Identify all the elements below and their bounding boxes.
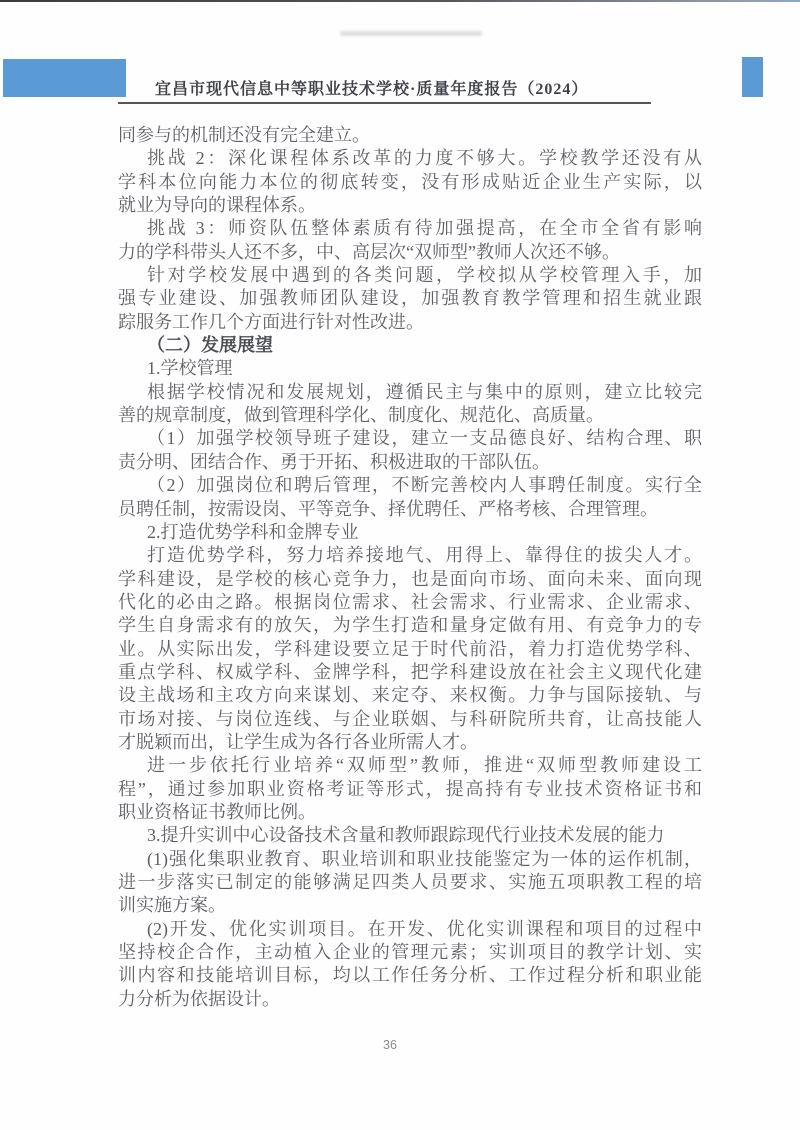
body-text-line: 进一步落实已制定的能够满足四类人员要求、实施五项职教工程的培 <box>118 871 702 894</box>
body-text-line: 重点学科、权威学科、金牌学科，把学科建设放在社会主义现代化建 <box>118 661 702 684</box>
body-text-line: （2）加强岗位和聘后管理，不断完善校内人事聘任制度。实行全 <box>118 474 702 497</box>
body-text-line: 根据学校情况和发展规划，遵循民主与集中的原则，建立比较完 <box>118 381 702 404</box>
body-text-line: 代化的必由之路。根据岗位需求、社会需求、行业需求、企业需求、 <box>118 591 702 614</box>
body-text-line: 学科本位向能力本位的彻底转变，没有形成贴近企业生产实际，以 <box>118 171 702 194</box>
body-text-line: 学科建设，是学校的核心竞争力，也是面向市场、面向未来、面向现 <box>118 568 702 591</box>
body-text-line: （1）加强学校领导班子建设，建立一支品德良好、结构合理、职 <box>118 427 702 450</box>
body-text-line: 才脱颖而出，让学生成为各行各业所需人才。 <box>118 731 702 754</box>
header-title: 宜昌市现代信息中等职业技术学校·质量年度报告（2024） <box>155 76 588 99</box>
body-text-line: (1)强化集职业教育、职业培训和职业技能鉴定为一体的运作机制， <box>118 848 702 871</box>
body-text: 同参与的机制还没有完全建立。挑战 2：深化课程体系改革的力度不够大。学校教学还没… <box>118 124 702 1011</box>
body-text-line: 2.打造优势学科和金牌专业 <box>118 521 702 544</box>
body-text-line: 进一步依托行业培养“双师型”教师，推进“双师型教师建设工 <box>118 754 702 777</box>
body-text-line: 训内容和技能培训目标，均以工作任务分析、工作过程分析和职业能 <box>118 964 702 987</box>
body-text-line: 3.提升实训中心设备技术含量和教师跟踪现代行业技术发展的能力 <box>118 824 702 847</box>
body-text-line: 训实施方案。 <box>118 894 702 917</box>
body-text-line: 挑战 2：深化课程体系改革的力度不够大。学校教学还没有从 <box>118 147 702 170</box>
body-text-line: 强专业建设、加强教师团队建设，加强教育教学管理和招生就业跟 <box>118 287 702 310</box>
body-text-line: 程”，通过参加职业资格考证等形式，提高持有专业技术资格证书和 <box>118 778 702 801</box>
body-text-line: 设主战场和主攻方向来谋划、来定夺、来权衡。力争与国际接轨、与 <box>118 684 702 707</box>
body-text-line: （二）发展展望 <box>118 334 702 357</box>
body-text-line: 力的学科带头人还不多，中、高层次“双师型”教师人次还不够。 <box>118 241 702 264</box>
body-text-line: 业。从实际出发，学科建设要立足于时代前沿，着力打造优势学科、 <box>118 638 702 661</box>
body-text-line: 市场对接、与岗位连线、与企业联姻、与科研院所共育，让高技能人 <box>118 708 702 731</box>
header-accent-bar-left <box>3 59 126 97</box>
header-underline <box>118 102 651 104</box>
header-accent-bar-right <box>742 57 763 97</box>
scan-smudge-artifact <box>340 31 482 36</box>
body-text-line: 坚持校企合作，主动植入企业的管理元素；实训项目的教学计划、实 <box>118 941 702 964</box>
scan-top-edge <box>0 0 800 2</box>
body-text-line: 1.学校管理 <box>118 357 702 380</box>
body-text-line: 同参与的机制还没有完全建立。 <box>118 124 702 147</box>
document-page: 宜昌市现代信息中等职业技术学校·质量年度报告（2024） 同参与的机制还没有完全… <box>0 0 800 1130</box>
body-text-line: (2)开发、优化实训项目。在开发、优化实训课程和项目的过程中 <box>118 918 702 941</box>
body-text-line: 员聘任制，按需设岗、平等竞争、择优聘任、严格考核、合理管理。 <box>118 498 702 521</box>
body-text-line: 力分析为依据设计。 <box>118 988 702 1011</box>
body-text-line: 针对学校发展中遇到的各类问题，学校拟从学校管理入手，加 <box>118 264 702 287</box>
body-text-line: 学生自身需求有的放矢，为学生打造和量身定做有用、有竞争力的专 <box>118 614 702 637</box>
body-text-line: 就业为导向的课程体系。 <box>118 194 702 217</box>
body-text-line: 责分明、团结合作、勇于开拓、积极进取的干部队伍。 <box>118 451 702 474</box>
body-text-line: 职业资格证书教师比例。 <box>118 801 702 824</box>
page-number: 36 <box>362 1038 418 1052</box>
body-text-line: 踪服务工作几个方面进行针对性改进。 <box>118 311 702 334</box>
body-text-line: 挑战 3：师资队伍整体素质有待加强提高，在全市全省有影响 <box>118 217 702 240</box>
body-text-line: 善的规章制度，做到管理科学化、制度化、规范化、高质量。 <box>118 404 702 427</box>
body-text-line: 打造优势学科，努力培养接地气、用得上、靠得住的拔尖人才。 <box>118 544 702 567</box>
